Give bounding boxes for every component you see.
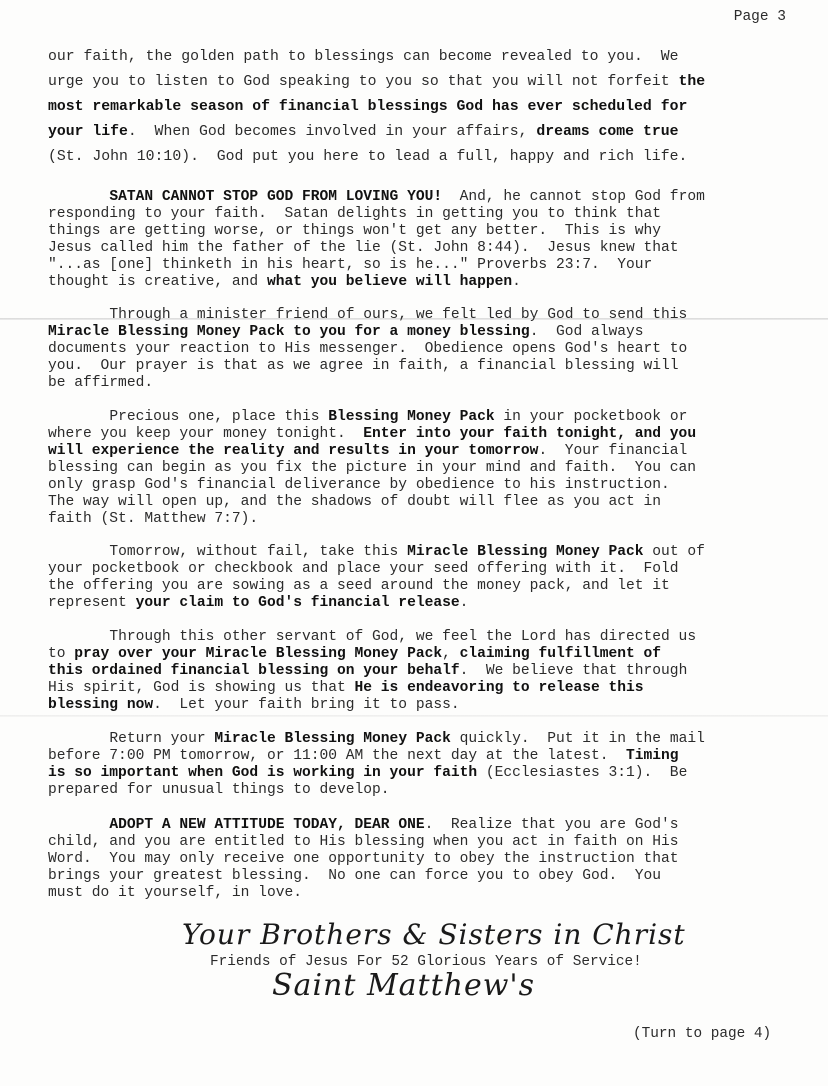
paper-fold-line-2 [0, 715, 828, 717]
page-number: Page 3 [734, 9, 786, 25]
paragraph-attitude: ADOPT A NEW ATTITUDE TODAY, DEAR ONE. Re… [48, 817, 808, 902]
paragraph-satan: SATAN CANNOT STOP GOD FROM LOVING YOU! A… [48, 189, 808, 291]
paragraph-return: Return your Miracle Blessing Money Pack … [48, 731, 808, 799]
paragraph-minister: Through a minister friend of ours, we fe… [48, 307, 808, 392]
turn-page-note: (Turn to page 4) [633, 1026, 771, 1042]
paragraph-tomorrow: Tomorrow, without fail, take this Miracl… [48, 544, 808, 612]
paragraph-servant: Through this other servant of God, we fe… [48, 629, 808, 714]
closing-handwritten: Your Brothers & Sisters in Christ [182, 918, 686, 951]
paragraph-precious-one: Precious one, place this Blessing Money … [48, 409, 808, 528]
paragraph-continuation: our faith, the golden path to blessings … [48, 45, 808, 170]
signer-handwritten: Saint Matthew's [272, 968, 535, 1003]
